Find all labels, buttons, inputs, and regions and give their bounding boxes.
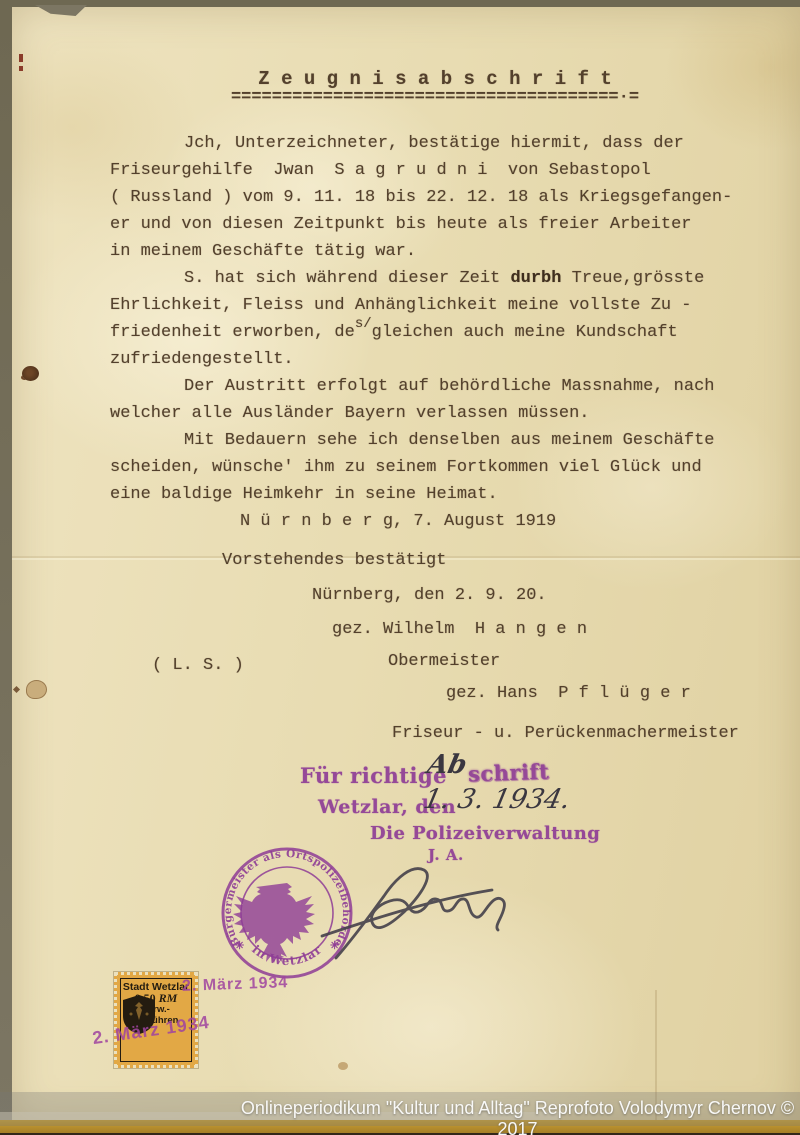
body-line: ( Russland ) vom 9. 11. 18 bis 22. 12. 1…: [110, 184, 770, 211]
edge-mark: [19, 54, 23, 62]
body-line: in meinem Geschäfte tätig war.: [110, 238, 770, 265]
signature-pflueger: gez. Hans P f l ü g e r: [446, 684, 691, 703]
signature: [225, 855, 525, 970]
overstruck-word: durbh: [510, 269, 561, 288]
edge-mark: [19, 66, 23, 71]
date-stamp-horizontal: 2. März 1934: [182, 974, 289, 996]
photo-credit: Onlineperiodikum "Kultur und Alltag" Rep…: [235, 1098, 800, 1135]
fee-currency: RM: [159, 991, 178, 1005]
scanned-certificate-photo: Z e u g n i s a b s c h r i f t ========…: [0, 0, 800, 1135]
title-obermeister: Obermeister: [388, 652, 500, 671]
confirmation-date: Nürnberg, den 2. 9. 20.: [312, 586, 547, 605]
title-underline: ======================================·=: [110, 88, 760, 107]
body-line: Der Austritt erfolgt auf behördliche Mas…: [110, 373, 770, 400]
body-text-part: friedenheit erworben, de: [110, 323, 355, 342]
stamp-polizeiverwaltung: Die Polizeiverwaltung: [370, 823, 600, 844]
inserted-correction: s/: [355, 316, 372, 332]
body-line: Ehrlichkeit, Fleiss und Anhänglichkeit m…: [110, 292, 770, 319]
body-line: eine baldige Heimkehr in seine Heimat.: [110, 481, 770, 508]
confirmation-line: Vorstehendes bestätigt: [222, 551, 446, 570]
signature-hangen: gez. Wilhelm H a n g e n: [332, 620, 587, 639]
locus-sigilli: ( L. S. ): [152, 656, 244, 675]
body-text-part: S. hat sich während dieser Zeit: [184, 269, 510, 288]
body-line: S. hat sich während dieser Zeit durbh Tr…: [110, 265, 770, 292]
body-line: Jch, Unterzeichneter, bestätige hiermit,…: [110, 130, 770, 157]
body-text-part: Treue,grösste: [561, 269, 704, 288]
body-line: er und von diesen Zeitpunkt bis heute al…: [110, 211, 770, 238]
body-text: Jch, Unterzeichneter, bestätige hiermit,…: [110, 130, 770, 508]
handwritten-ab: Ab: [425, 750, 470, 780]
body-line: welcher alle Ausländer Bayern verlassen …: [110, 400, 770, 427]
body-line: friedenheit erworben, des/gleichen auch …: [110, 319, 770, 346]
handwritten-date-1934: 1. 3. 1934.: [421, 784, 574, 815]
seal-hole-stain: [22, 366, 39, 381]
stain: [338, 1062, 348, 1070]
document-title: Z e u g n i s a b s c h r i f t: [110, 68, 760, 90]
stamp-abschrift: schrift: [468, 759, 550, 787]
body-line: scheiden, wünsche' ihm zu seinem Fortkom…: [110, 454, 770, 481]
body-text-part: gleichen auch meine Kundschaft: [372, 323, 678, 342]
paper-hole: [26, 680, 47, 699]
place-date-line: N ü r n b e r g, 7. August 1919: [240, 512, 556, 531]
title-friseurmeister: Friseur - u. Perückenmachermeister: [392, 724, 739, 743]
body-line: Friseurgehilfe Jwan S a g r u d n i von …: [110, 157, 770, 184]
body-line: Mit Bedauern sehe ich denselben aus mein…: [110, 427, 770, 454]
body-line: zufriedengestellt.: [110, 346, 770, 373]
